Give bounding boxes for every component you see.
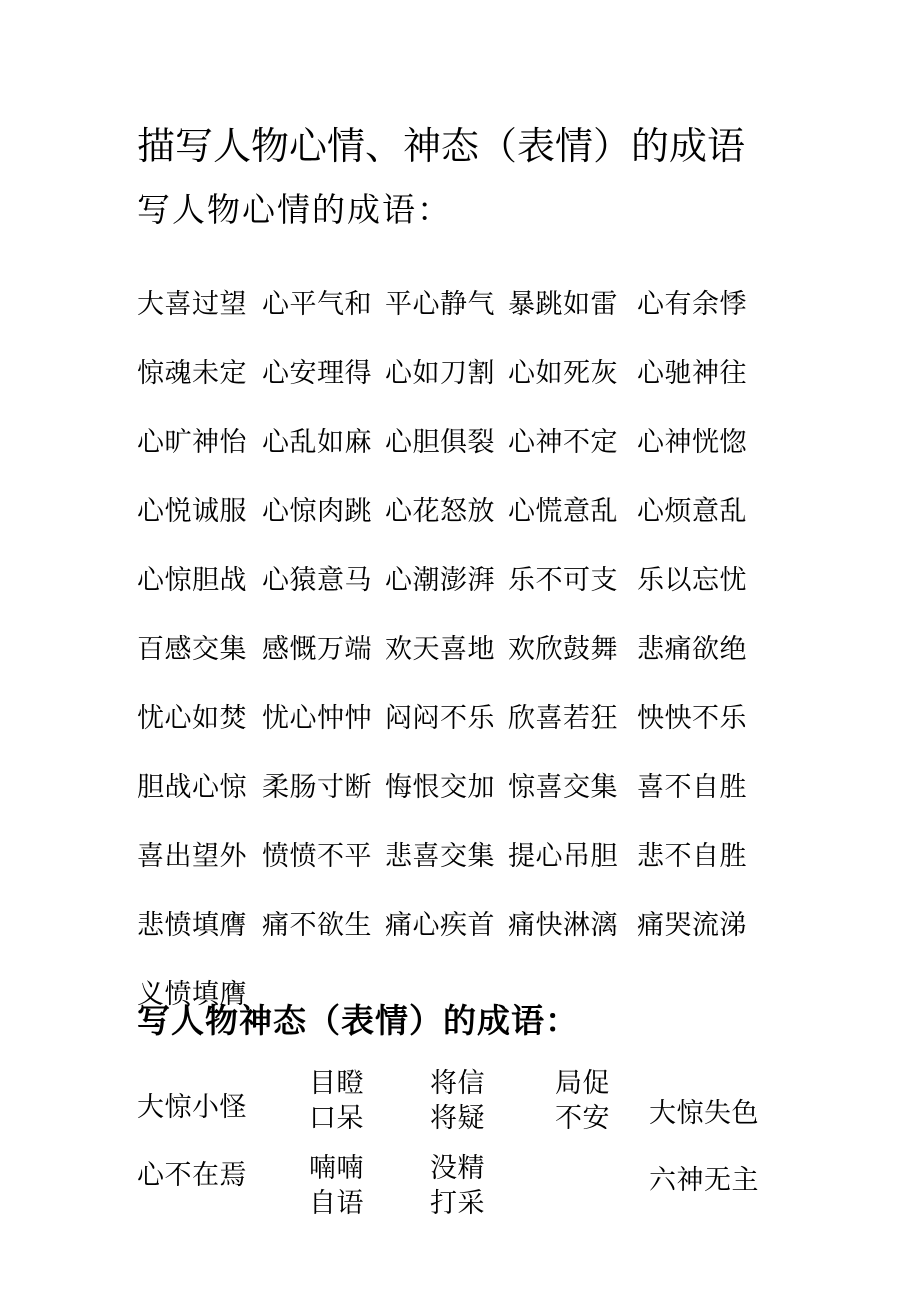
idiom-cell: 忧心忡忡 [262,702,385,771]
idiom-cell: 没精 打采 [430,1145,555,1238]
idiom-line: 心不在焉 [137,1158,309,1193]
idiom-cell: 悲喜交集 [385,840,508,909]
document-title: 描写人物心情、神态（表情）的成语 [137,126,745,170]
idiom-cell: 欢天喜地 [385,633,508,702]
idiom-cell: 闷闷不乐 [385,702,508,771]
idiom-cell: 心神不定 [508,426,637,495]
idiom-cell: 悲痛欲绝 [637,633,747,702]
idiom-cell: 喃喃 自语 [309,1145,430,1238]
idiom-cell: 心如死灰 [508,357,637,426]
idiom-cell: 欣喜若狂 [508,702,637,771]
idiom-cell: 乐不可支 [508,564,637,633]
idiom-cell: 惊喜交集 [508,771,637,840]
idiom-cell: 心神恍惚 [637,426,747,495]
idiom-line: 打采 [430,1186,555,1221]
idiom-cell: 悲不自胜 [637,840,747,909]
idiom-cell: 大惊小怪 [137,1052,309,1145]
idiom-cell: 怏怏不乐 [637,702,747,771]
idiom-cell: 心惊胆战 [137,564,262,633]
idiom-cell: 心乱如麻 [262,426,385,495]
idiom-line: 没精 [430,1151,555,1186]
idiom-cell: 心平气和 [262,288,385,357]
idiom-cell: 心驰神往 [637,357,747,426]
idiom-cell: 心安理得 [262,357,385,426]
idiom-cell-empty [555,1145,649,1238]
idiom-cell: 六神无主 [649,1145,769,1238]
idiom-cell: 愤愤不平 [262,840,385,909]
idiom-cell: 柔肠寸断 [262,771,385,840]
idiom-line: 将疑 [430,1101,555,1136]
idiom-cell: 欢欣鼓舞 [508,633,637,702]
idiom-line: 局促 [555,1066,649,1101]
idiom-cell: 心有余悸 [637,288,747,357]
expression-idiom-grid: 大惊小怪 目瞪 口呆 将信 将疑 局促 不安 大惊失色 心不在焉 喃喃 自语 没… [137,1052,769,1238]
idiom-cell: 局促 不安 [555,1052,649,1145]
idiom-cell: 百感交集 [137,633,262,702]
idiom-cell: 乐以忘忧 [637,564,747,633]
idiom-cell: 悲愤填膺 [137,909,262,978]
idiom-cell: 悔恨交加 [385,771,508,840]
idiom-cell: 大喜过望 [137,288,262,357]
idiom-cell: 痛不欲生 [262,909,385,978]
idiom-cell: 喜不自胜 [637,771,747,840]
idiom-cell: 心悦诚服 [137,495,262,564]
idiom-cell: 痛快淋漓 [508,909,637,978]
idiom-line: 将信 [430,1066,555,1101]
idiom-line: 目瞪 [309,1066,430,1101]
idiom-cell: 心旷神怡 [137,426,262,495]
idiom-cell: 暴跳如雷 [508,288,637,357]
idiom-line: 六神无主 [649,1163,769,1198]
idiom-cell: 胆战心惊 [137,771,262,840]
idiom-cell: 将信 将疑 [430,1052,555,1145]
idiom-line: 口呆 [309,1101,430,1136]
idiom-cell: 痛哭流涕 [637,909,747,978]
idiom-line: 自语 [309,1186,430,1221]
idiom-cell: 大惊失色 [649,1052,769,1145]
idiom-cell: 心猿意马 [262,564,385,633]
idiom-cell: 痛心疾首 [385,909,508,978]
idiom-cell: 心如刀割 [385,357,508,426]
idiom-cell: 喜出望外 [137,840,262,909]
idiom-cell: 提心吊胆 [508,840,637,909]
expression-section-heading: 写人物神态（表情）的成语： [137,1001,579,1041]
idiom-cell: 心胆俱裂 [385,426,508,495]
idiom-cell: 心烦意乱 [637,495,747,564]
idiom-cell: 感慨万端 [262,633,385,702]
idiom-cell: 心潮澎湃 [385,564,508,633]
idiom-cell: 忧心如焚 [137,702,262,771]
mood-idiom-grid: 大喜过望 心平气和 平心静气 暴跳如雷 心有余悸 惊魂未定 心安理得 心如刀割 … [137,288,747,1047]
idiom-cell: 心惊肉跳 [262,495,385,564]
idiom-cell: 平心静气 [385,288,508,357]
idiom-cell: 心不在焉 [137,1145,309,1238]
idiom-cell: 惊魂未定 [137,357,262,426]
idiom-cell: 心花怒放 [385,495,508,564]
idiom-cell: 心慌意乱 [508,495,637,564]
document-page: 描写人物心情、神态（表情）的成语 写人物心情的成语： 大喜过望 心平气和 平心静… [0,0,920,1302]
idiom-line: 大惊小怪 [137,1090,309,1125]
idiom-line: 喃喃 [309,1151,430,1186]
mood-section-heading: 写人物心情的成语： [137,192,452,232]
idiom-cell: 目瞪 口呆 [309,1052,430,1145]
idiom-line: 不安 [555,1101,649,1136]
idiom-line: 大惊失色 [649,1096,769,1131]
